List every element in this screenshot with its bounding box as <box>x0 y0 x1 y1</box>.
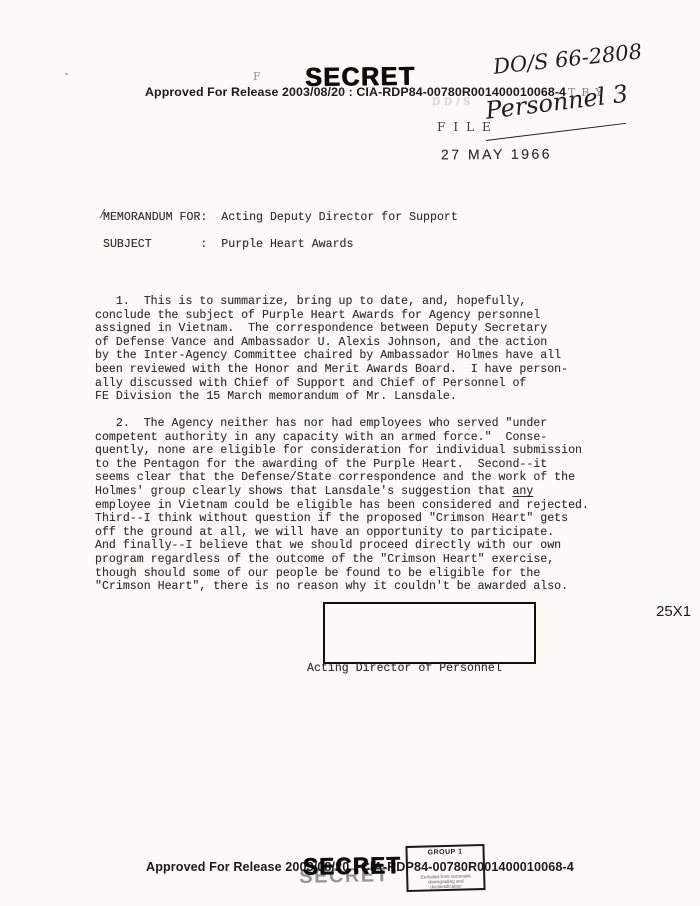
memo-header: MEMORANDUM FOR: Acting Deputy Director f… <box>103 211 458 252</box>
faint-mark: F <box>253 70 261 83</box>
group1-stamp-title: GROUP 1 <box>408 848 483 857</box>
margin-note-25x1: 25X1 <box>656 603 691 620</box>
date-stamp: 27 MAY 1966 <box>441 146 552 163</box>
signature-title: Acting Director of Personnel <box>307 662 502 676</box>
group1-stamp-text: Excluded from automatic downgrading and … <box>408 873 483 890</box>
memo-body-paragraph-2: 2. The Agency neither has nor had employ… <box>95 417 589 594</box>
document-page: F SECRET Approved For Release 2003/08/20… <box>0 0 700 906</box>
memo-body-paragraph-1: 1. This is to summarize, bring up to dat… <box>95 295 568 404</box>
handwriting-underline <box>486 123 626 141</box>
handwritten-document-number: DO/S 66-2808 <box>492 39 643 78</box>
secret-stamp-bottom: SECRET <box>303 852 402 882</box>
declassification-header: Approved For Release 2003/08/20 : CIA-RD… <box>145 85 566 99</box>
redaction-box <box>323 602 536 664</box>
ink-speck <box>65 73 68 75</box>
